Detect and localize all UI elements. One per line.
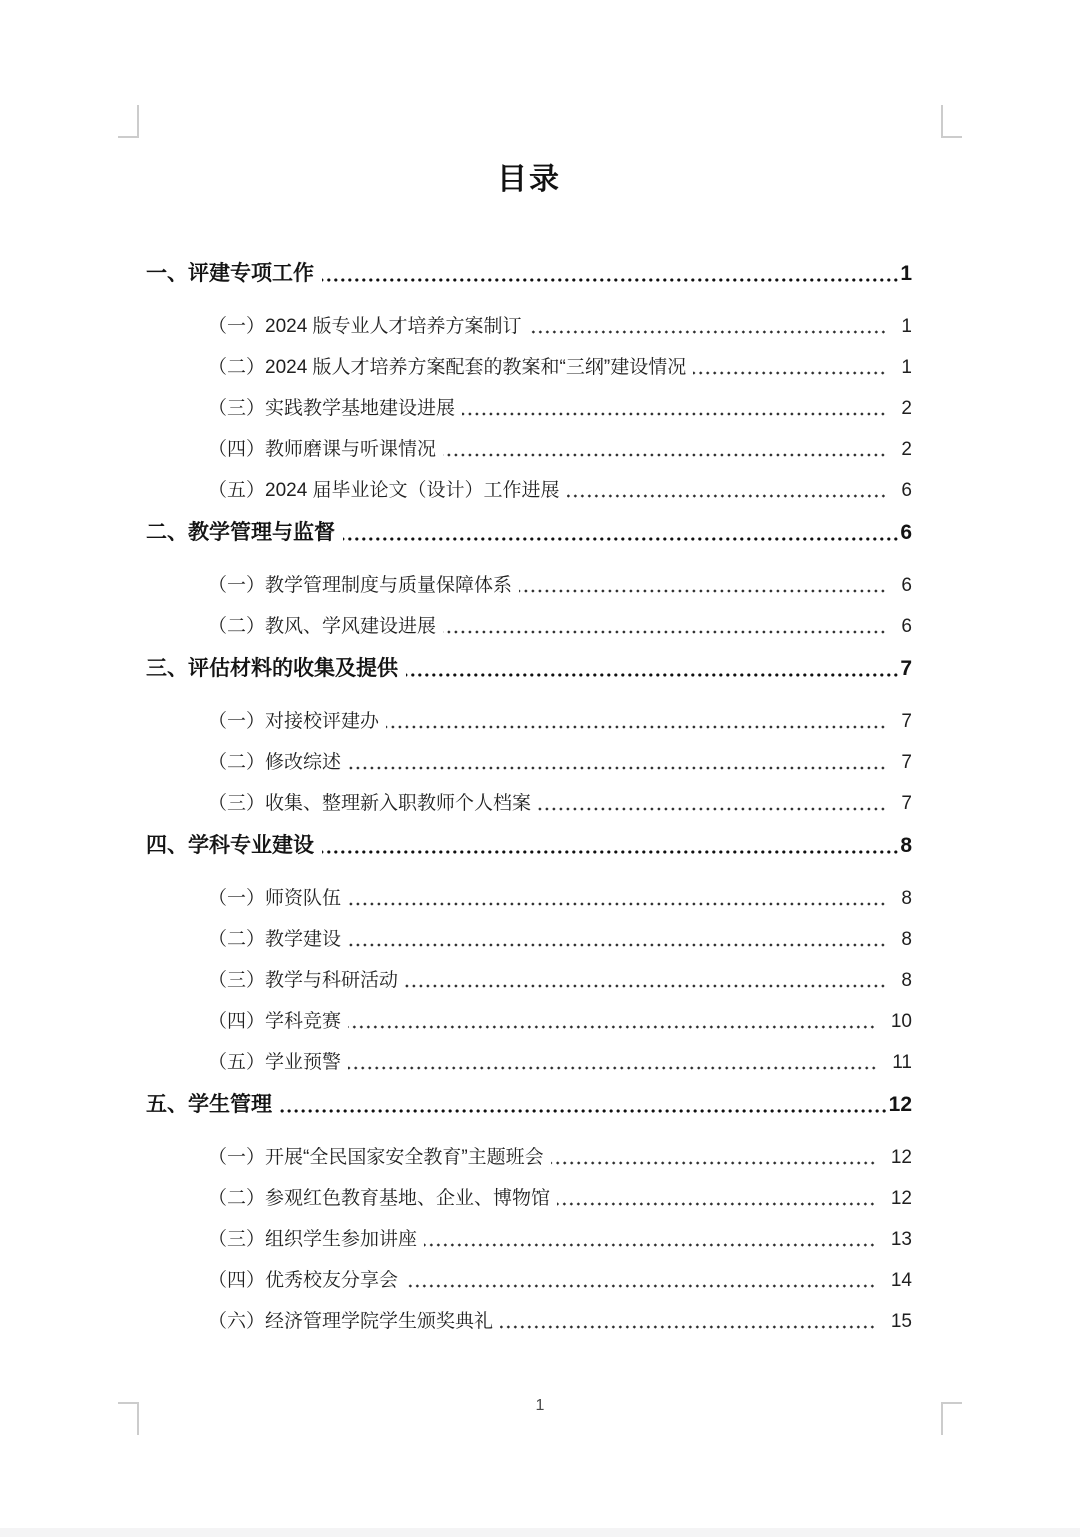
toc-entry-page-number: 6 <box>901 573 912 599</box>
toc-entry-page-number: 7 <box>900 655 912 683</box>
toc-entry[interactable]: （二）2024 版人才培养方案配套的教案和“三纲”建设情况 1 <box>146 355 912 381</box>
toc-entry[interactable]: （四）学科竞赛 10 <box>146 1009 912 1035</box>
toc-entry[interactable]: 二、教学管理与监督 6 <box>146 519 912 547</box>
document-page: 目录 一、评建专项工作 1 （一）2024 版专业人才培养方案制订 1 （二）2… <box>0 0 1080 1537</box>
toc-entry-page-number: 12 <box>891 1186 912 1212</box>
toc-dot-leader <box>386 724 886 730</box>
toc-entry-label: 五、学生管理 <box>146 1091 272 1119</box>
toc-list: 一、评建专项工作 1 （一）2024 版专业人才培养方案制订 1 （二）2024… <box>146 260 912 1335</box>
toc-entry-page-number: 1 <box>901 314 912 340</box>
toc-entry[interactable]: （五）2024 届毕业论文（设计）工作进展 6 <box>146 478 912 504</box>
toc-dot-leader <box>405 983 886 989</box>
toc-entry-label: （二）教风、学风建设进展 <box>208 614 436 640</box>
toc-entry[interactable]: （三）教学与科研活动 8 <box>146 968 912 994</box>
toc-entry-label: （一）教学管理制度与质量保障体系 <box>208 573 512 599</box>
margin-crop-mark-top-left <box>118 105 139 138</box>
toc-entry[interactable]: （六）经济管理学院学生颁奖典礼 15 <box>146 1309 912 1335</box>
toc-entry-label: （三）实践教学基地建设进展 <box>208 396 455 422</box>
toc-entry-page-number: 13 <box>891 1227 912 1253</box>
toc-entry[interactable]: （一）教学管理制度与质量保障体系 6 <box>146 573 912 599</box>
toc-entry[interactable]: （二）教学建设 8 <box>146 927 912 953</box>
toc-dot-leader <box>405 1283 876 1289</box>
toc-entry-page-number: 8 <box>901 927 912 953</box>
toc-entry[interactable]: （一）开展“全民国家安全教育”主题班会 12 <box>146 1145 912 1171</box>
toc-entry[interactable]: （三）组织学生参加讲座 13 <box>146 1227 912 1253</box>
toc-entry-label: （四）学科竞赛 <box>208 1009 341 1035</box>
toc-dot-leader <box>462 411 886 417</box>
toc-entry-label: （一）2024 版专业人才培养方案制订 <box>208 314 522 340</box>
toc-dot-leader <box>519 588 886 594</box>
margin-crop-mark-top-right <box>941 105 962 138</box>
toc-entry-page-number: 7 <box>901 709 912 735</box>
toc-entry-label: （二）2024 版人才培养方案配套的教案和“三纲”建设情况 <box>208 355 686 381</box>
toc-entry-label: 四、学科专业建设 <box>146 832 314 860</box>
toc-entry[interactable]: （二）参观红色教育基地、企业、博物馆 12 <box>146 1186 912 1212</box>
toc-dot-leader <box>443 629 886 635</box>
toc-dot-leader <box>280 1108 888 1114</box>
toc-dot-leader <box>322 277 899 283</box>
page-content: 目录 一、评建专项工作 1 （一）2024 版专业人才培养方案制订 1 （二）2… <box>146 160 912 1350</box>
toc-dot-leader <box>343 536 899 542</box>
toc-dot-leader <box>348 765 886 771</box>
toc-entry-label: （五）2024 届毕业论文（设计）工作进展 <box>208 478 560 504</box>
toc-dot-leader <box>500 1324 876 1330</box>
toc-entry[interactable]: 一、评建专项工作 1 <box>146 260 912 288</box>
toc-entry[interactable]: （一）2024 版专业人才培养方案制订 1 <box>146 314 912 340</box>
toc-entry-label: （四）优秀校友分享会 <box>208 1268 398 1294</box>
toc-entry[interactable]: （四）优秀校友分享会 14 <box>146 1268 912 1294</box>
toc-entry-page-number: 14 <box>891 1268 912 1294</box>
toc-dot-leader <box>348 942 886 948</box>
toc-dot-leader <box>557 1201 876 1207</box>
toc-entry[interactable]: （五）学业预警 11 <box>146 1050 912 1076</box>
toc-entry-page-number: 7 <box>901 791 912 817</box>
toc-entry-label: （五）学业预警 <box>208 1050 341 1076</box>
toc-entry-label: （一）开展“全民国家安全教育”主题班会 <box>208 1145 544 1171</box>
toc-dot-leader <box>538 806 886 812</box>
toc-dot-leader <box>322 849 899 855</box>
toc-entry-page-number: 8 <box>901 886 912 912</box>
toc-entry[interactable]: （一）对接校评建办 7 <box>146 709 912 735</box>
toc-entry-label: （二）修改综述 <box>208 750 341 776</box>
toc-entry[interactable]: 三、评估材料的收集及提供 7 <box>146 655 912 683</box>
toc-dot-leader <box>551 1160 876 1166</box>
toc-entry[interactable]: （三）实践教学基地建设进展 2 <box>146 396 912 422</box>
toc-entry-page-number: 7 <box>901 750 912 776</box>
toc-entry-page-number: 2 <box>901 437 912 463</box>
toc-dot-leader <box>693 370 886 376</box>
toc-entry-page-number: 6 <box>901 478 912 504</box>
toc-dot-leader <box>567 493 887 499</box>
page-number-footer: 1 <box>0 1396 1080 1416</box>
toc-entry-page-number: 1 <box>901 355 912 381</box>
toc-entry-page-number: 11 <box>892 1050 912 1076</box>
toc-entry-page-number: 12 <box>889 1091 912 1119</box>
toc-entry[interactable]: （二）教风、学风建设进展 6 <box>146 614 912 640</box>
toc-entry[interactable]: （二）修改综述 7 <box>146 750 912 776</box>
toc-entry-page-number: 8 <box>901 968 912 994</box>
toc-dot-leader <box>348 1024 876 1030</box>
toc-entry-label: 三、评估材料的收集及提供 <box>146 655 398 683</box>
toc-entry-label: （六）经济管理学院学生颁奖典礼 <box>208 1309 493 1335</box>
toc-entry-label: （一）对接校评建办 <box>208 709 379 735</box>
toc-entry-page-number: 10 <box>891 1009 912 1035</box>
toc-entry[interactable]: （三）收集、整理新入职教师个人档案 7 <box>146 791 912 817</box>
toc-dot-leader <box>348 901 886 907</box>
toc-entry-page-number: 2 <box>901 396 912 422</box>
toc-entry-page-number: 8 <box>900 832 912 860</box>
toc-entry-page-number: 6 <box>900 519 912 547</box>
toc-entry[interactable]: （一）师资队伍 8 <box>146 886 912 912</box>
toc-entry-label: （三）收集、整理新入职教师个人档案 <box>208 791 531 817</box>
toc-entry-label: （二）教学建设 <box>208 927 341 953</box>
toc-entry-label: 二、教学管理与监督 <box>146 519 335 547</box>
toc-entry-label: （三）教学与科研活动 <box>208 968 398 994</box>
page-title: 目录 <box>146 160 912 200</box>
toc-entry-label: （一）师资队伍 <box>208 886 341 912</box>
toc-entry-label: （三）组织学生参加讲座 <box>208 1227 417 1253</box>
toc-dot-leader <box>406 672 899 678</box>
toc-entry-label: 一、评建专项工作 <box>146 260 314 288</box>
toc-entry-page-number: 1 <box>900 260 912 288</box>
toc-entry[interactable]: 五、学生管理 12 <box>146 1091 912 1119</box>
page-bottom-edge <box>0 1528 1080 1537</box>
toc-entry-page-number: 12 <box>891 1145 912 1171</box>
toc-entry-label: （四）教师磨课与听课情况 <box>208 437 436 463</box>
toc-entry-label: （二）参观红色教育基地、企业、博物馆 <box>208 1186 550 1212</box>
toc-entry[interactable]: 四、学科专业建设 8 <box>146 832 912 860</box>
toc-entry-page-number: 15 <box>891 1309 912 1335</box>
toc-dot-leader <box>348 1065 877 1071</box>
toc-dot-leader <box>529 329 887 335</box>
toc-dot-leader <box>424 1242 876 1248</box>
toc-dot-leader <box>443 452 886 458</box>
toc-entry-page-number: 6 <box>901 614 912 640</box>
toc-entry[interactable]: （四）教师磨课与听课情况 2 <box>146 437 912 463</box>
